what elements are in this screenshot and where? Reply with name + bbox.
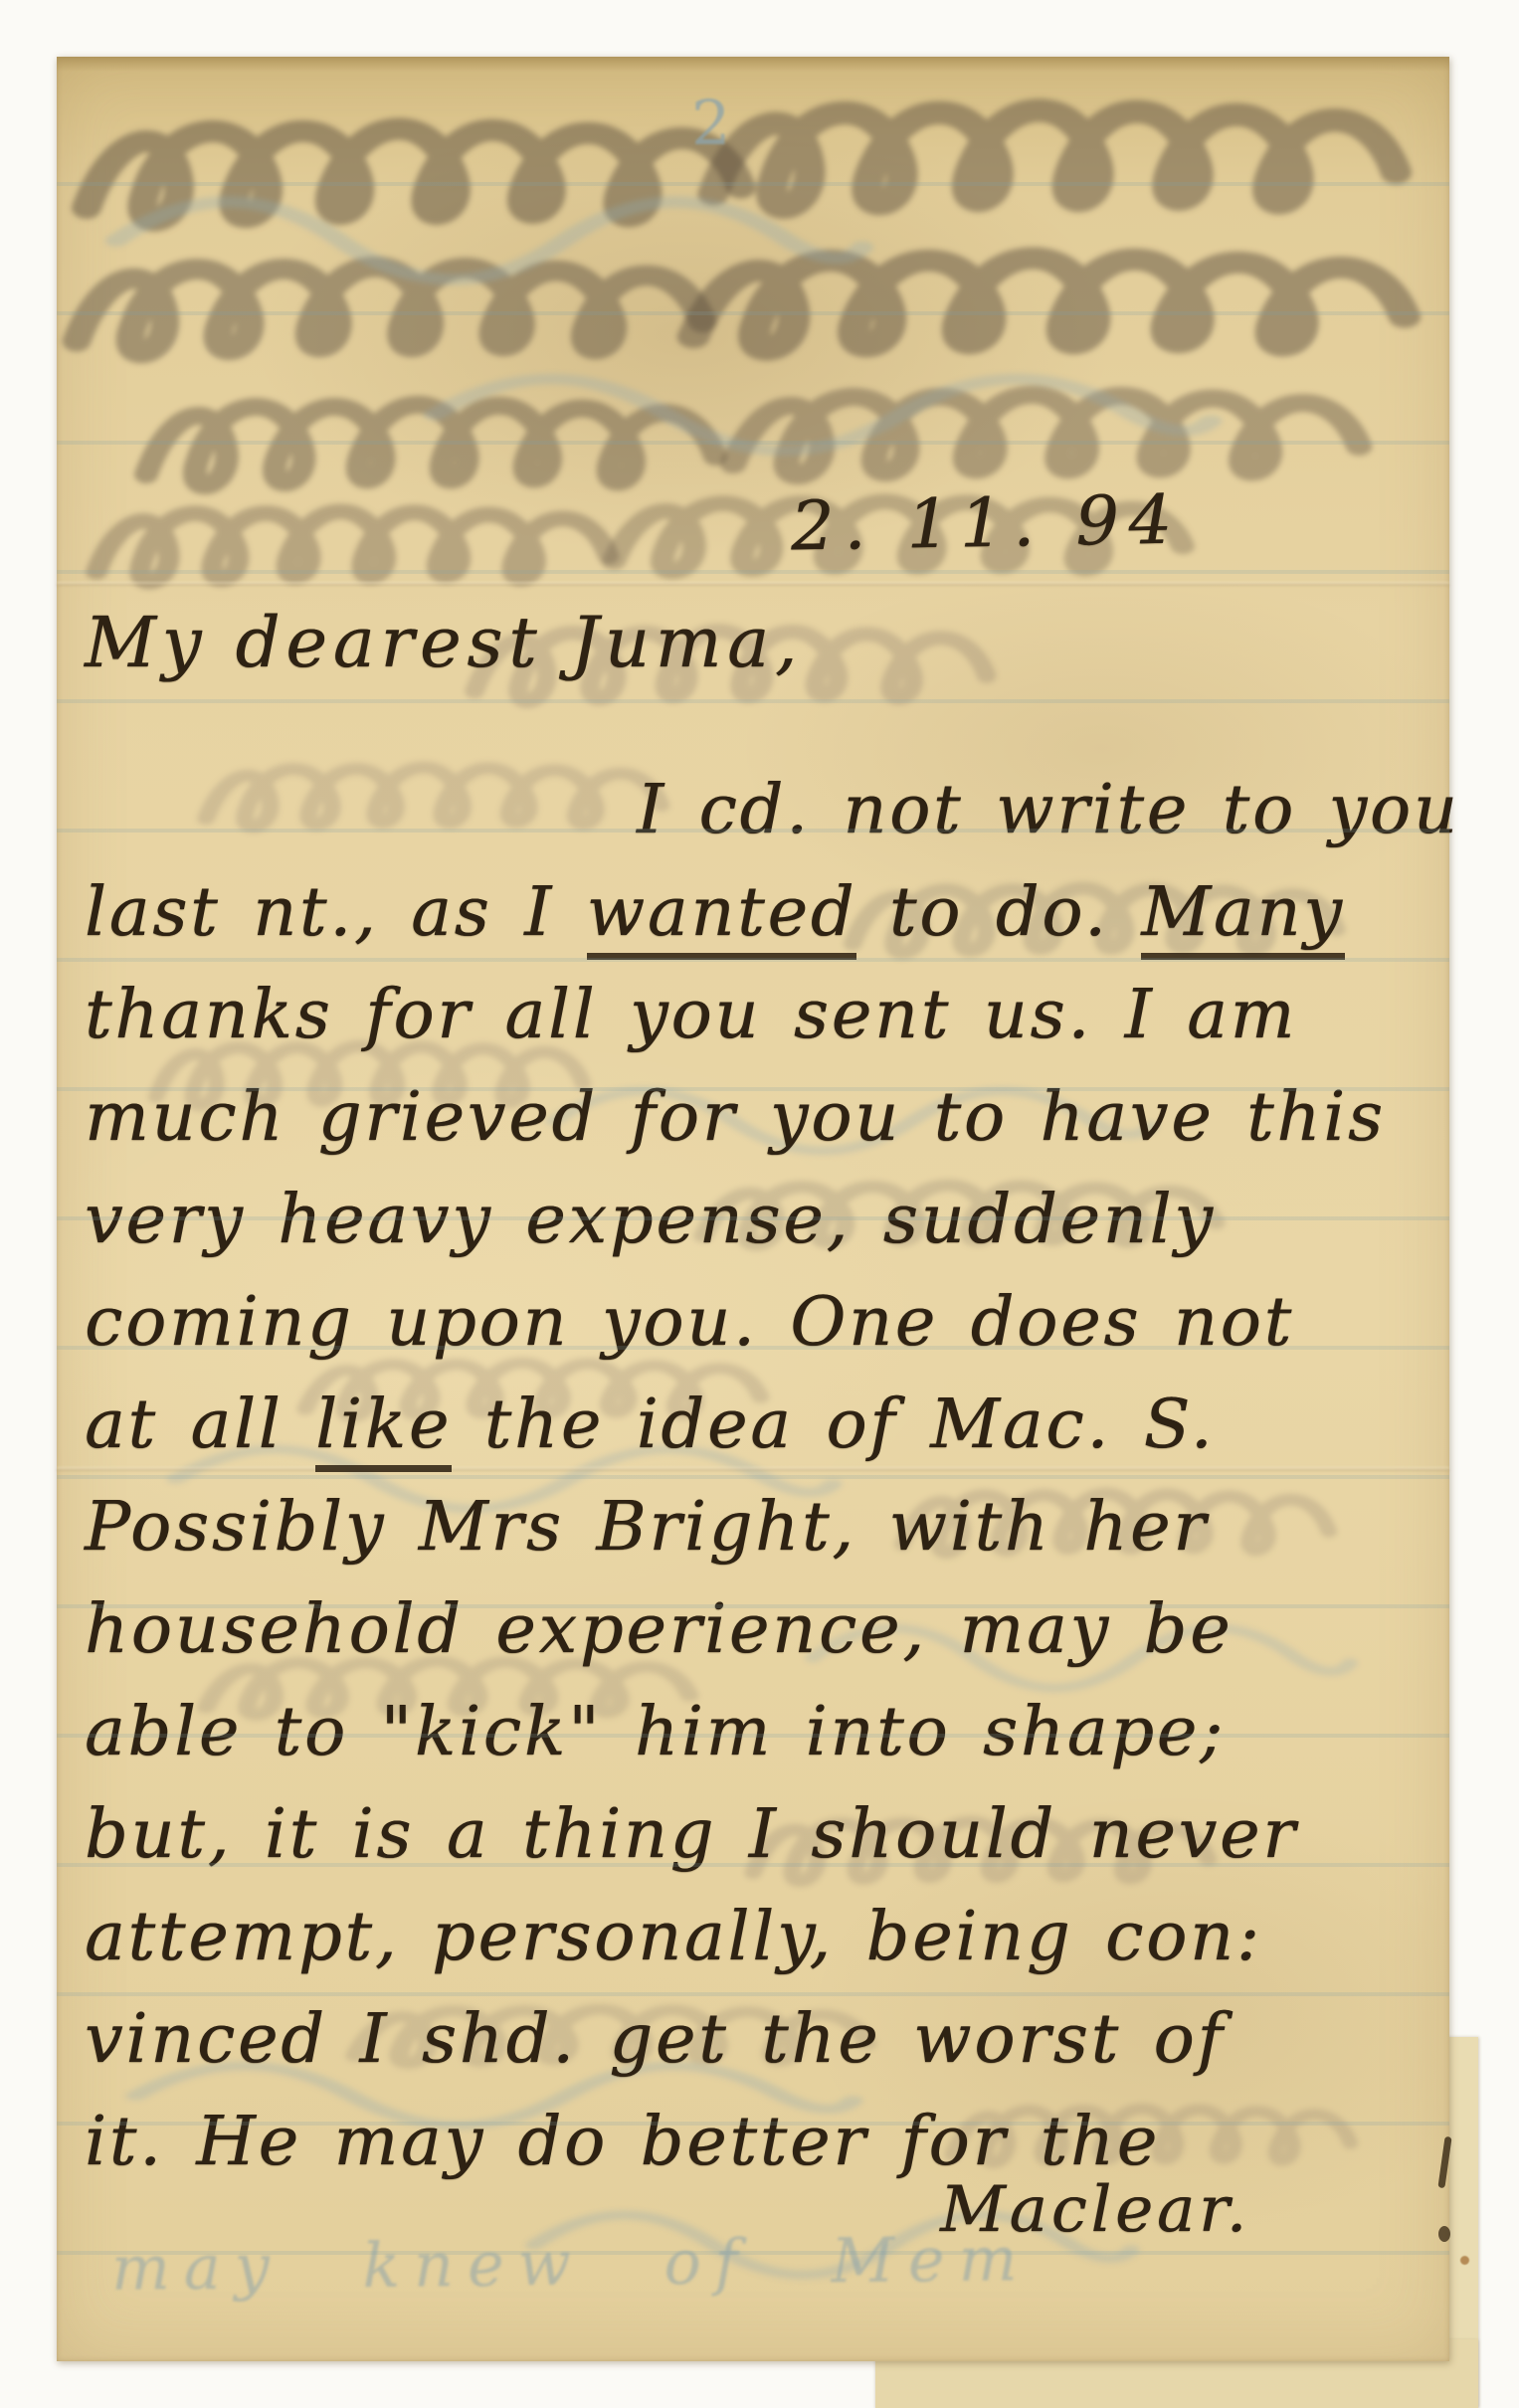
pencil-bleedthrough-text: may knew of Mem bbox=[111, 2222, 1032, 2305]
letter-line: but, it is a thing I should never bbox=[85, 1783, 1432, 1886]
ink-mark bbox=[1438, 2226, 1450, 2242]
underlined-word: wanted bbox=[587, 873, 857, 960]
letter-line: able to "kick" him into shape; bbox=[85, 1681, 1432, 1783]
letter-line: household experience, may be bbox=[85, 1578, 1432, 1681]
letter-text-segment: but, it is a thing I should never bbox=[85, 1795, 1298, 1874]
letter-page: 2 2. 11. 94 My dearest Juma, I cd. not w… bbox=[57, 57, 1449, 2361]
letter-line: at all like the idea of Mac. S. bbox=[85, 1374, 1432, 1476]
paper-crease bbox=[57, 582, 1449, 586]
letter-date: 2. 11. 94 bbox=[790, 481, 1182, 567]
letter-text-segment: vinced I shd. get the worst of bbox=[85, 2000, 1226, 2079]
letter-text-segment: much grieved for you to have this bbox=[85, 1078, 1386, 1157]
letter-line: very heavy expense, suddenly bbox=[85, 1169, 1432, 1271]
underlined-word: like bbox=[315, 1386, 452, 1472]
letter-text-segment: thanks for all you sent us. I am bbox=[85, 976, 1297, 1054]
underlined-word: Many bbox=[1141, 873, 1344, 960]
letter-text-segment: at all bbox=[85, 1386, 315, 1464]
letter-text-segment: Possibly Mrs Bright, with her bbox=[85, 1488, 1209, 1567]
letter-line: thanks for all you sent us. I am bbox=[85, 964, 1432, 1066]
letter-line: much grieved for you to have this bbox=[85, 1066, 1432, 1169]
letter-text-segment: it. He may do better for the bbox=[85, 2103, 1160, 2181]
letter-text-segment: last nt., as I bbox=[85, 873, 587, 952]
letter-line: Possibly Mrs Bright, with her bbox=[85, 1476, 1432, 1578]
letter-text-segment: the idea of Mac. S. bbox=[452, 1386, 1215, 1464]
letter-text-segment: attempt, personally, being con: bbox=[85, 1898, 1262, 1976]
letter-text-segment: I cd. not write to you bbox=[637, 771, 1460, 849]
letter-text-segment: very heavy expense, suddenly bbox=[85, 1181, 1216, 1259]
letter-line: last nt., as I wanted to do. Many bbox=[85, 861, 1432, 964]
letter-salutation: My dearest Juma, bbox=[85, 602, 803, 683]
letter-text-segment: coming upon you. One does not bbox=[85, 1283, 1294, 1362]
letter-lines: I cd. not write to youlast nt., as I wan… bbox=[85, 759, 1432, 2193]
letter-line: vinced I shd. get the worst of bbox=[85, 1988, 1432, 2091]
page-number: 2 bbox=[691, 87, 730, 159]
letter-text-segment: able to "kick" him into shape; bbox=[85, 1693, 1226, 1771]
letter-text-segment: household experience, may be bbox=[85, 1590, 1233, 1669]
paper-stain bbox=[1460, 2256, 1469, 2265]
letter-line: I cd. not write to you bbox=[85, 759, 1432, 861]
letter-line: attempt, personally, being con: bbox=[85, 1886, 1432, 1988]
letter-line: coming upon you. One does not bbox=[85, 1271, 1432, 1374]
letter-text-segment: to do. bbox=[856, 873, 1141, 952]
